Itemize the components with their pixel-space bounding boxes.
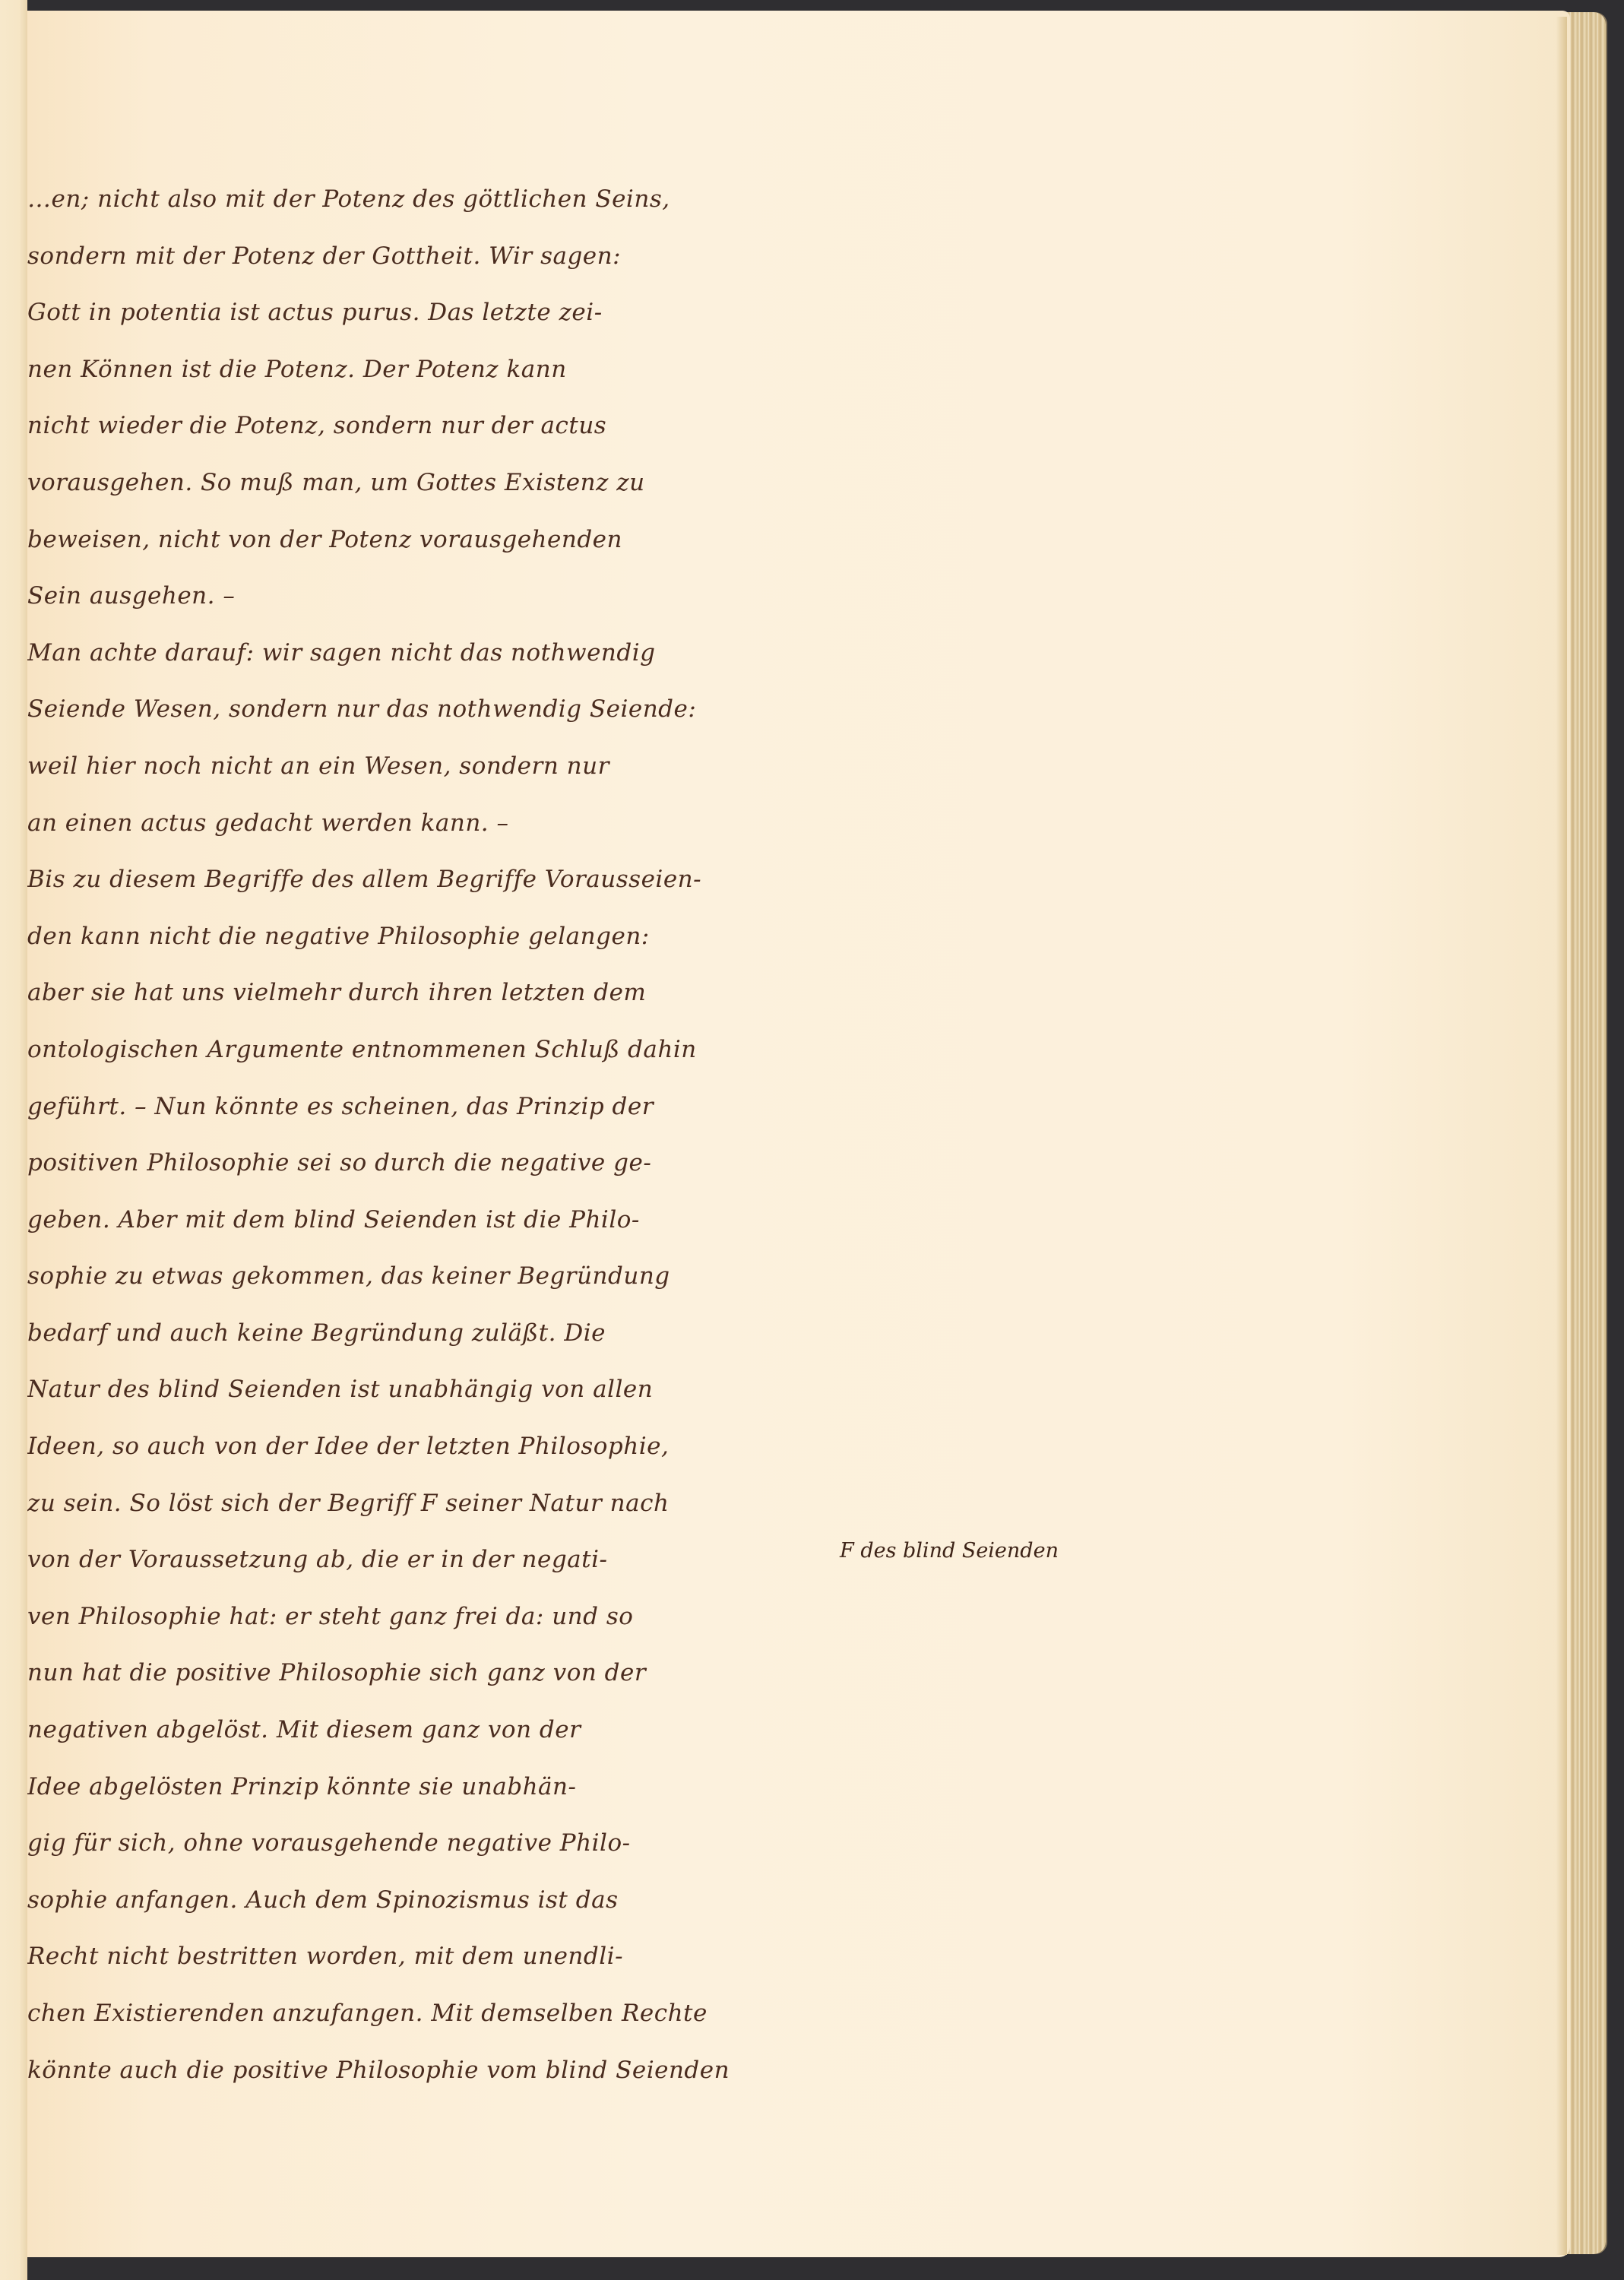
text-line: chen Existierenden anzufangen. Mit demse… [27, 1985, 795, 2042]
text-line: von der Voraussetzung ab, die er in der … [27, 1531, 795, 1588]
margin-annotation: F des blind Seienden [840, 1539, 1059, 1563]
text-line: Ideen, so auch von der Idee der letzten … [27, 1418, 795, 1475]
text-line: Idee abgelösten Prinzip könnte sie unabh… [27, 1759, 795, 1816]
text-line: sophie zu etwas gekommen, das keiner Beg… [27, 1248, 795, 1305]
text-line: negativen abgelöst. Mit diesem ganz von … [27, 1702, 795, 1759]
text-line: an einen actus gedacht werden kann. – [27, 795, 795, 852]
text-line: Gott in potentia ist actus purus. Das le… [27, 284, 795, 341]
page-fore-edge [1556, 17, 1567, 2255]
text-line: sondern mit der Potenz der Gottheit. Wir… [27, 228, 795, 285]
text-line: nun hat die positive Philosophie sich ga… [27, 1645, 795, 1702]
facing-page-edge [0, 0, 27, 2280]
text-line: nicht wieder die Potenz, sondern nur der… [27, 397, 795, 454]
text-line: Recht nicht bestritten worden, mit dem u… [27, 1928, 795, 1985]
text-line: könnte auch die positive Philosophie vom… [27, 2042, 795, 2099]
text-line: ontologischen Argumente entnommenen Schl… [27, 1021, 795, 1078]
text-line: Seiende Wesen, sondern nur das nothwendi… [27, 681, 795, 738]
text-line: gig für sich, ohne vorausgehende negativ… [27, 1815, 795, 1872]
text-line: vorausgehen. So muß man, um Gottes Exist… [27, 454, 795, 511]
text-line: aber sie hat uns vielmehr durch ihren le… [27, 964, 795, 1021]
text-line: Bis zu diesem Begriffe des allem Begriff… [27, 851, 795, 908]
text-line: nen Können ist die Potenz. Der Potenz ka… [27, 341, 795, 398]
text-line: beweisen, nicht von der Potenz vorausgeh… [27, 511, 795, 568]
text-line: Man achte darauf: wir sagen nicht das no… [27, 625, 795, 682]
text-line: den kann nicht die negative Philosophie … [27, 908, 795, 965]
text-line: bedarf und auch keine Begründung zuläßt.… [27, 1305, 795, 1362]
text-line: weil hier noch nicht an ein Wesen, sonde… [27, 738, 795, 795]
text-line: ven Philosophie hat: er steht ganz frei … [27, 1588, 795, 1645]
text-line: Natur des blind Seienden ist unabhängig … [27, 1361, 795, 1418]
text-line: zu sein. So löst sich der Begriff F sein… [27, 1475, 795, 1532]
text-line: sophie anfangen. Auch dem Spinozismus is… [27, 1872, 795, 1929]
text-line: Sein ausgehen. – [27, 568, 795, 625]
text-line: positiven Philosophie sei so durch die n… [27, 1135, 795, 1192]
text-line: geführt. – Nun könnte es scheinen, das P… [27, 1078, 795, 1135]
text-line: …en; nicht also mit der Potenz des göttl… [27, 171, 795, 228]
handwritten-text-block: …en; nicht also mit der Potenz des göttl… [27, 171, 795, 2098]
text-line: geben. Aber mit dem blind Seienden ist d… [27, 1192, 795, 1249]
